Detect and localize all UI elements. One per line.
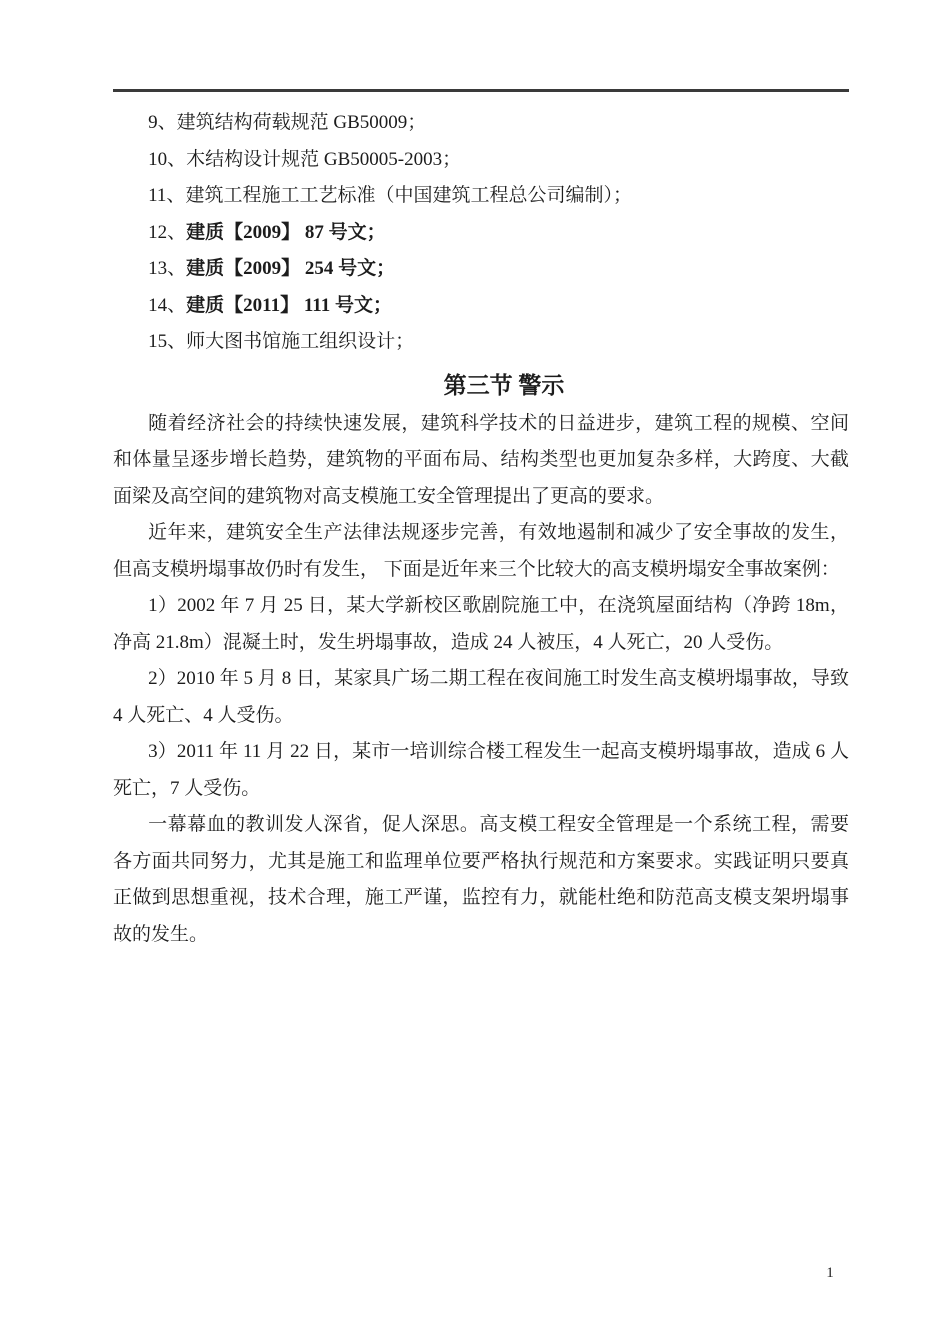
reference-item: 11、建筑工程施工工艺标准（中国建筑工程总公司编制）； — [113, 178, 849, 215]
reference-item: 12、建质【2009】 87 号文； — [113, 215, 849, 252]
body-paragraph: 随着经济社会的持续快速发展，建筑科学技术的日益进步，建筑工程的规模、空间和体量呈… — [113, 406, 849, 516]
reference-number: 14、 — [148, 295, 186, 316]
reference-item: 9、建筑结构荷载规范 GB50009； — [113, 105, 849, 142]
reference-number: 11、 — [148, 185, 185, 206]
body-paragraph: 一幕幕血的教训发人深省，促人深思。高支模工程安全管理是一个系统工程，需要各方面共… — [113, 807, 849, 953]
body-paragraph: 1）2002 年 7 月 25 日，某大学新校区歌剧院施工中，在浇筑屋面结构（净… — [113, 588, 849, 661]
reference-text: 建质【2009】 87 号文； — [186, 222, 386, 243]
body-paragraph: 近年来，建筑安全生产法律法规逐步完善，有效地遏制和减少了安全事故的发生，但高支模… — [113, 515, 849, 588]
reference-text: 师大图书馆施工组织设计； — [186, 331, 414, 352]
reference-text: 建质【2009】 254 号文； — [186, 258, 395, 279]
header-divider — [113, 89, 849, 92]
reference-number: 9、 — [148, 112, 177, 133]
reference-text: 建质【2011】 111 号文； — [186, 295, 392, 316]
reference-item: 10、木结构设计规范 GB50005-2003； — [113, 142, 849, 179]
reference-item: 13、建质【2009】 254 号文； — [113, 251, 849, 288]
reference-text: 建筑结构荷载规范 GB50009； — [177, 112, 427, 133]
reference-item: 14、建质【2011】 111 号文； — [113, 288, 849, 325]
reference-number: 15、 — [148, 331, 186, 352]
body-paragraph: 3）2011 年 11 月 22 日，某市一培训综合楼工程发生一起高支模坍塌事故… — [113, 734, 849, 807]
reference-item: 15、师大图书馆施工组织设计； — [113, 324, 849, 361]
page-content: 9、建筑结构荷载规范 GB50009； 10、木结构设计规范 GB50005-2… — [113, 105, 849, 953]
reference-number: 13、 — [148, 258, 186, 279]
reference-number: 10、 — [148, 149, 186, 170]
section-heading: 第三节 警示 — [113, 370, 849, 402]
page-number: 1 — [818, 1263, 842, 1283]
reference-list: 9、建筑结构荷载规范 GB50009； 10、木结构设计规范 GB50005-2… — [113, 105, 849, 361]
reference-text: 建筑工程施工工艺标准（中国建筑工程总公司编制）； — [185, 185, 632, 206]
body-paragraph: 2）2010 年 5 月 8 日，某家具广场二期工程在夜间施工时发生高支模坍塌事… — [113, 661, 849, 734]
document-page: 9、建筑结构荷载规范 GB50009； 10、木结构设计规范 GB50005-2… — [0, 0, 950, 1344]
reference-number: 12、 — [148, 222, 186, 243]
section-body: 随着经济社会的持续快速发展，建筑科学技术的日益进步，建筑工程的规模、空间和体量呈… — [113, 406, 849, 954]
reference-text: 木结构设计规范 GB50005-2003； — [186, 149, 461, 170]
